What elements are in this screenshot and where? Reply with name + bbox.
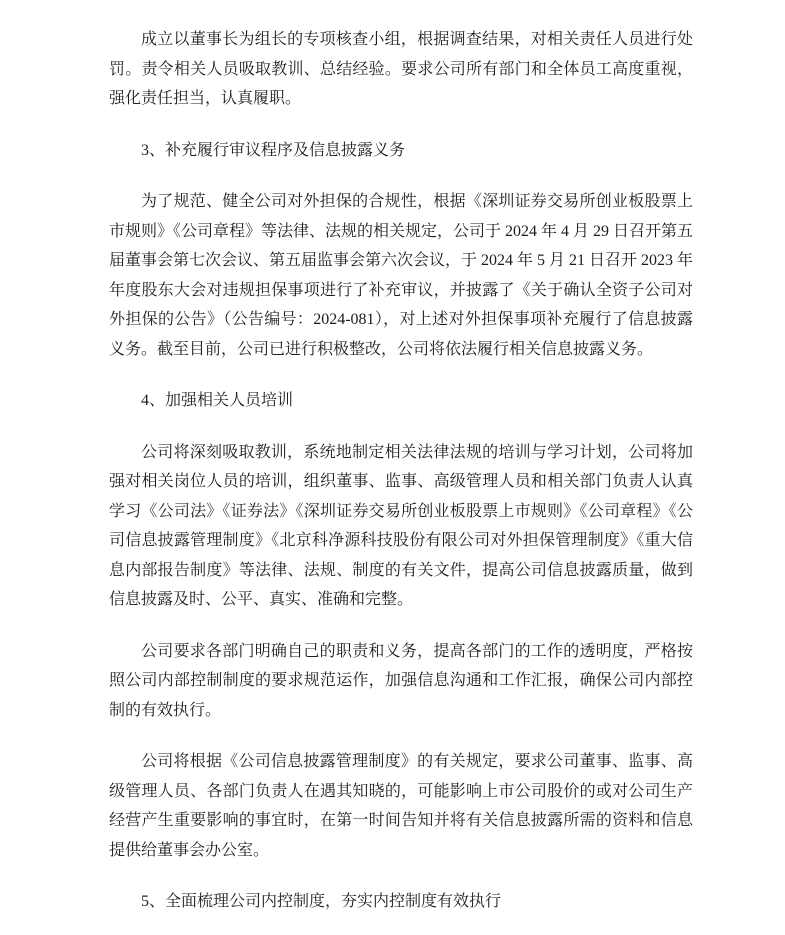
section-heading-5: 5、全面梳理公司内控制度，夯实内控制度有效执行 [109,887,693,917]
paragraph-remediation-taskforce: 成立以董事长为组长的专项核查小组，根据调查结果，对相关责任人员进行处罚。责令相关… [109,25,693,114]
paragraph-training-plan: 公司将深刻吸取教训，系统地制定相关法律法规的培训与学习计划，公司将加强对相关岗位… [109,438,693,615]
section-heading-4: 4、加强相关人员培训 [109,386,693,416]
paragraph-supplementary-review: 为了规范、健全公司对外担保的合规性，根据《深圳证券交易所创业板股票上市规则》《公… [109,187,693,364]
paragraph-disclosure-reporting: 公司将根据《公司信息披露管理制度》的有关规定，要求公司董事、监事、高级管理人员、… [109,747,693,865]
section-heading-3: 3、补充履行审议程序及信息披露义务 [109,136,693,166]
document-page: 成立以董事长为组长的专项核查小组，根据调查结果，对相关责任人员进行处罚。责令相关… [0,0,785,935]
paragraph-department-duties: 公司要求各部门明确自己的职责和义务，提高各部门的工作的透明度，严格按照公司内部控… [109,637,693,726]
